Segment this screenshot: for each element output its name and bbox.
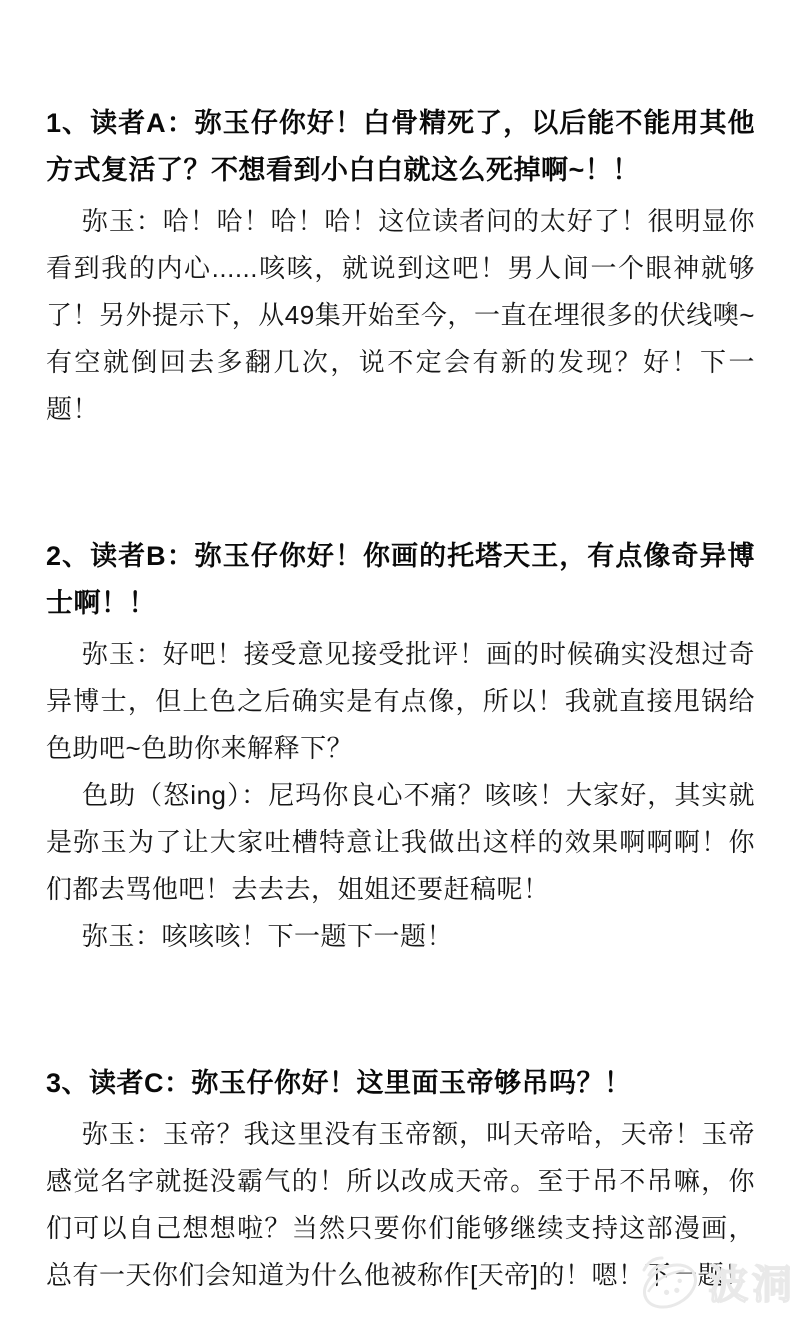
answer-2-3: 弥玉：咳咳咳！下一题下一题！ (46, 913, 755, 960)
qa-document: 1、读者A：弥玉仔你好！白骨精死了，以后能不能用其他方式复活了？不想看到小白白就… (0, 0, 800, 1299)
answer-1-1: 弥玉：哈！哈！哈！哈！这位读者问的太好了！很明显你看到我的内心......咳咳，… (46, 198, 755, 433)
question-1: 1、读者A：弥玉仔你好！白骨精死了，以后能不能用其他方式复活了？不想看到小白白就… (46, 100, 755, 194)
answer-2-2: 色助（怒ing）：尼玛你良心不痛？咳咳！大家好，其实就是弥玉为了让大家吐槽特意让… (46, 772, 755, 913)
answer-2-1: 弥玉：好吧！接受意见接受批评！画的时候确实没想过奇异博士，但上色之后确实是有点像… (46, 631, 755, 772)
qa-block-1: 1、读者A：弥玉仔你好！白骨精死了，以后能不能用其他方式复活了？不想看到小白白就… (46, 100, 755, 433)
answers-1: 弥玉：哈！哈！哈！哈！这位读者问的太好了！很明显你看到我的内心......咳咳，… (46, 198, 755, 433)
page: { "page": { "background_color": "#ffffff… (0, 0, 800, 1318)
question-2: 2、读者B：弥玉仔你好！你画的托塔天王，有点像奇异博士啊！！ (46, 533, 755, 627)
bodong-logo-icon: 波洞 (630, 1248, 790, 1310)
bodong-watermark: 波洞 (630, 1248, 790, 1310)
answers-2: 弥玉：好吧！接受意见接受批评！画的时候确实没想过奇异博士，但上色之后确实是有点像… (46, 631, 755, 960)
question-3: 3、读者C：弥玉仔你好！这里面玉帝够吊吗？！ (46, 1060, 755, 1107)
qa-block-2: 2、读者B：弥玉仔你好！你画的托塔天王，有点像奇异博士啊！！ 弥玉：好吧！接受意… (46, 533, 755, 960)
bodong-watermark-text: 波洞 (708, 1263, 790, 1307)
